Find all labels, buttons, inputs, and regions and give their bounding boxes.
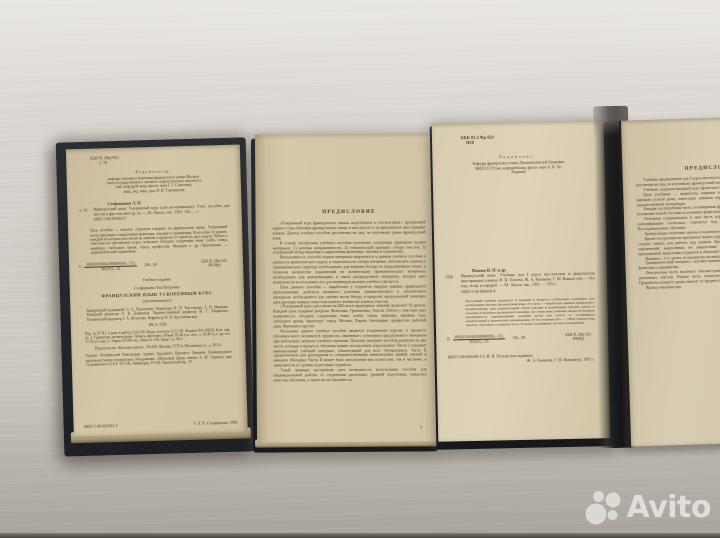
catalog-formula: П 4602010104(4300000000)—513 001(01)—91 … bbox=[447, 332, 597, 345]
editorial-credits: Заведующий редакцией Э. А. Проничева. Ре… bbox=[86, 305, 228, 322]
formula-tail: 206—90 bbox=[144, 263, 157, 268]
catalog-code: П58 bbox=[446, 274, 453, 279]
formula-bbk-line2: 4И(Фр) bbox=[566, 337, 592, 342]
formula-tail: 102—90 bbox=[512, 336, 525, 341]
catalog-formula: С 4602010000(4309000000)—513 001(01)—91 … bbox=[79, 258, 233, 272]
preface-heading: ПРЕДИСЛОВИЕ bbox=[635, 164, 720, 174]
preface-paragraph: Такой принцип построения дает возможност… bbox=[274, 368, 427, 384]
print-specs: Изд. № Р-741. Сдано в набор 13.03.90. По… bbox=[85, 327, 231, 344]
far-right-preface-page: ПРЕДИСЛОВИЕ Учебник предназначен для I к… bbox=[619, 115, 720, 446]
isbn: ISBN 5-06-001963-5 bbox=[84, 423, 118, 429]
formula-bbk-line2: 4И (Фр) bbox=[202, 263, 228, 268]
copyright: © Л. П. Стефанкина, 1990 bbox=[193, 420, 237, 426]
bbk-code-block: ББК 81.2 Фр-923 П58 bbox=[461, 132, 593, 145]
avito-watermark-text: Avito bbox=[627, 493, 711, 523]
catalog-entry: Стефанкина Л. П. С 79 Французский язык. … bbox=[79, 198, 232, 223]
preface-paragraphs: «Ускоренный курс французского языка» под… bbox=[273, 220, 427, 383]
avito-logo-icon bbox=[585, 489, 622, 526]
page-number: 3 bbox=[420, 424, 422, 429]
catalog-entry: Попова И. Н. и др. П58 Французский язык:… bbox=[446, 265, 597, 294]
preface-paragraph: «Ускоренный курс французского языка» под… bbox=[273, 220, 426, 241]
reviewers-text: кафедра лексики и фонетики французского … bbox=[77, 173, 231, 195]
preface-page: ПРЕДИСЛОВИЕ «Ускоренный курс французског… bbox=[255, 133, 437, 442]
formula-fraction: 4602010104(4300000000)—513 001(01)—91 bbox=[453, 334, 506, 345]
catalog-text: Французский язык: Учебник для I курса ин… bbox=[461, 270, 595, 288]
formula-symbol: С bbox=[79, 265, 82, 269]
formula-fraction: 4602010000(4309000000)—513 001(01)—91 bbox=[84, 261, 137, 272]
book-left-imprint-page: ББК 81.2Фр-923 С 79 Рецензенты: кафедра … bbox=[66, 145, 248, 437]
isbn-copyright-row: ISBN 5-06-001963-5 © Л. П. Стефанкина, 1… bbox=[84, 420, 238, 429]
marketplace-product-photo: ББК 81.2Фр-923 С 79 Рецензенты: кафедра … bbox=[0, 0, 720, 538]
reviewers-block: Рецензенты: кафедра лексики и фонетики ф… bbox=[76, 167, 231, 195]
formula-denominator: 001(01)—91 bbox=[453, 339, 506, 345]
isbn-copyright-row: ISBN 5-06-000438-4 © И. Н. Попова (насле… bbox=[447, 353, 597, 366]
colophon: Учебное издание Стефанкина Лия Петровна … bbox=[80, 276, 236, 367]
preface-paragraph: Цель данного пособия — выработать у студ… bbox=[273, 284, 426, 305]
formula-denominator: 001(01)—91 bbox=[85, 266, 138, 272]
blank-space bbox=[444, 173, 596, 268]
catalog-code: С 79 bbox=[79, 208, 87, 213]
book-right-popova: ББК 81.2 Фр-923 П58 Рецензент: Кафедра ф… bbox=[428, 120, 613, 448]
preface-paragraph: Интенсивность способа подачи материала в… bbox=[273, 255, 426, 286]
preface-paragraph: Поскольку данное учебное пособие являетс… bbox=[273, 328, 426, 368]
photo-bottom-edge bbox=[0, 533, 720, 538]
bbk-code-block: ББК 81.2Фр-923 С 79 bbox=[90, 153, 230, 166]
preface-heading: ПРЕДИСЛОВИЕ bbox=[272, 209, 425, 215]
book-right-imprint-page: ББК 81.2 Фр-923 П58 Рецензент: Кафедра ф… bbox=[432, 120, 611, 442]
preface-paragraphs: Учебник предназначен для I курса институ… bbox=[636, 174, 720, 292]
formula-bbk: ББК 81.2Фр-923 4И(Фр) bbox=[565, 333, 591, 342]
preface-paragraph: «Ускоренный курс» рассчитан на 200 часов… bbox=[273, 304, 426, 330]
book-middle-preface: ПРЕДИСЛОВИЕ «Ускоренный курс французског… bbox=[251, 133, 437, 450]
book-left-stefankina: ББК 81.2Фр-923 С 79 Рецензенты: кафедра … bbox=[50, 137, 257, 456]
annotation-text: Цель пособия — научить студентов говорит… bbox=[90, 225, 228, 255]
formula-bbk: ББК 81.2Фр-923 4И (Фр) bbox=[201, 259, 227, 269]
annotation-text: Настоящий учебник выдержал 8 изданий и я… bbox=[465, 296, 595, 327]
formula-symbol: П bbox=[447, 338, 450, 342]
avito-watermark: Avito bbox=[585, 489, 711, 526]
printing-house: Ордена Октябрьской Революции, ордена Тру… bbox=[86, 350, 232, 367]
